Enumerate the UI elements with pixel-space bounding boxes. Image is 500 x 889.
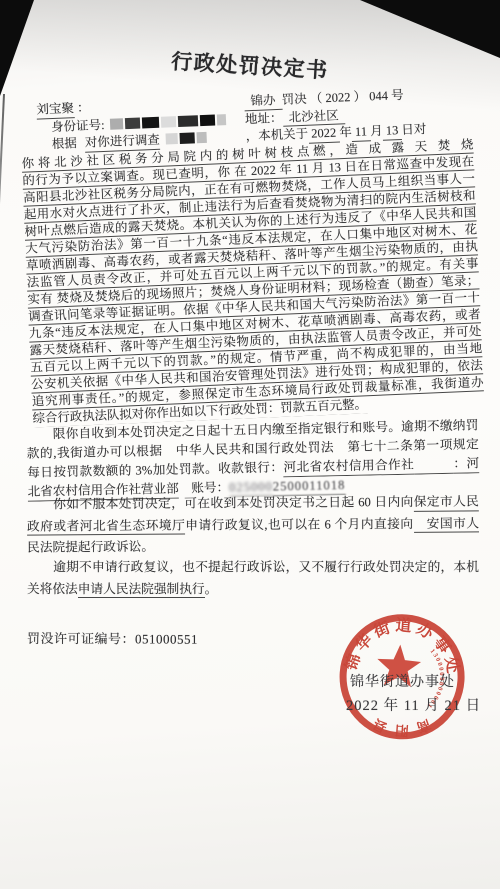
paper-edge-crease	[0, 94, 5, 319]
text-segment: 根据	[52, 136, 78, 151]
text-segment: 日对	[401, 122, 427, 137]
issuing-office: 锦华街道办事处	[350, 671, 455, 691]
indent-spacer	[27, 131, 51, 132]
indent-spacer	[27, 438, 53, 439]
redaction-block	[125, 117, 140, 129]
text-segment: 年	[339, 125, 352, 139]
paragraph-findings: 你将北沙社区税务分局院内的树叶树枝点燃，造 成 露 天 焚 烧的行为予以立案调查…	[21, 136, 484, 427]
text-segment: 申请行政复议,也可以在 6 个月内直接向	[185, 516, 413, 532]
text-segment: 。	[205, 582, 218, 596]
text-segment: 你如不服本处罚决定，可在收到本处罚决定书之日起 60 日内向	[53, 495, 414, 512]
text-segment: 身份证号:	[51, 117, 105, 133]
text-segment: 月	[370, 124, 383, 138]
text-segment: 政府或者河北省生态环境厅	[27, 518, 185, 536]
redaction-block	[166, 133, 178, 144]
document-line: 关将依法申请人民法院强制执行。	[27, 579, 479, 601]
text-segment: 每日按罚款数额的 3%加处罚款。收款银行：	[27, 460, 284, 479]
text-segment: 安国市人	[414, 516, 480, 533]
redaction-block	[142, 116, 159, 128]
text-segment: ，本机关于	[245, 127, 308, 143]
photo-canvas: 行政处罚决定书 刘宝聚 ： 锦办 罚决 （ 2022 ） 044 号身份证号:地…	[0, 0, 500, 889]
text-segment: ：河	[453, 456, 479, 473]
text-segment: 地址：	[245, 110, 283, 125]
decision-date: 2022 年 11 月 21 日	[346, 694, 481, 715]
text-segment: 罚决 （ 2022 ） 044 号	[281, 88, 403, 107]
text-segment: 锦办	[244, 93, 282, 111]
text-segment: 河北省农村信用合作社	[283, 458, 414, 477]
text-segment: ：	[74, 101, 90, 116]
text-segment: 保定市人民	[414, 494, 479, 511]
paragraph-payment: 限你自收到本处罚决定之日起十五日内缴至指定银行和账号。逾期不缴纳罚款的,我街道办…	[26, 416, 479, 501]
redaction-block	[217, 114, 226, 125]
text-segment: 2022	[308, 126, 340, 144]
text-segment: 申请人民法院强制执行	[78, 582, 205, 599]
document-line: 逾期不申请行政复议，也不提起行政诉讼，又不履行行政处罚决定的，本机	[27, 557, 479, 579]
text-segment: 刘宝聚	[36, 101, 74, 119]
document-line: 政府或者河北省生态环境厅申请行政复议,也可以在 6 个月内直接向 安国市人	[27, 513, 479, 538]
indent-spacer	[28, 148, 52, 149]
redaction-block	[110, 118, 123, 130]
paragraph-enforcement: 逾期不申请行政复议，也不提起行政诉讼，又不履行行政处罚决定的，本机关将依法申请人…	[27, 557, 479, 600]
text-segment: 逾期不申请行政复议，也不提起行政诉讼，又不履行行政处罚决定的，本机	[53, 560, 479, 574]
text-segment: 关将依法	[27, 582, 78, 596]
seal-bottom-text: 高阳县	[364, 712, 434, 741]
text-segment: 13	[382, 123, 401, 140]
text-segment: 11	[352, 124, 371, 141]
redaction-block	[200, 114, 215, 126]
redaction-block	[197, 132, 207, 143]
redaction-blocks	[110, 114, 226, 130]
paragraph-appeal: 你如不服本处罚决定，可在收到本处罚决定书之日起 60 日内向保定市人民政府或者河…	[27, 491, 479, 559]
text-segment: 罚没许可证编号：051000551	[27, 631, 198, 647]
document-paper: 行政处罚决定书 刘宝聚 ： 锦办 罚决 （ 2022 ） 044 号身份证号:地…	[0, 0, 500, 889]
redaction-block	[180, 132, 195, 144]
text-segment	[414, 457, 454, 474]
document-line: 民法院提起行政诉讼。	[27, 534, 479, 559]
redaction-block	[161, 116, 176, 128]
document-line: 你如不服本处罚决定，可在收到本处罚决定书之日起 60 日内向保定市人民	[27, 491, 479, 516]
redaction-blocks	[166, 132, 207, 145]
text-segment: 民法院提起行政诉讼。	[27, 540, 154, 555]
redaction-block	[178, 115, 198, 127]
